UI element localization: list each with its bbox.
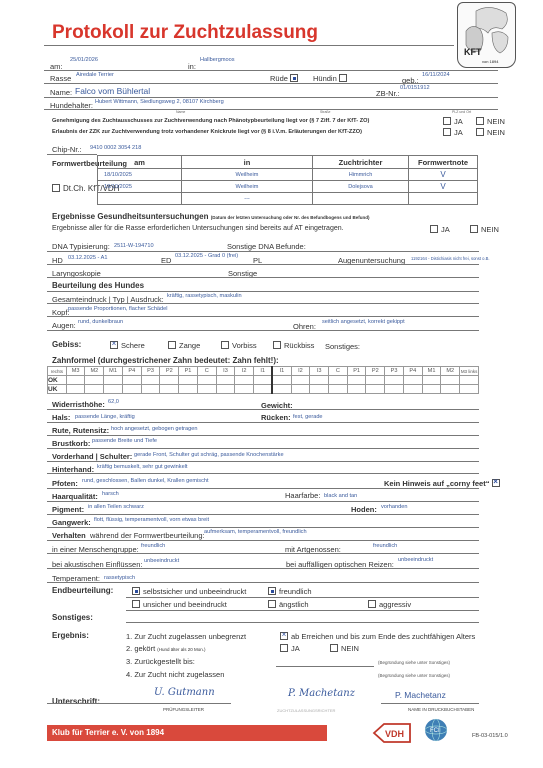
tooth-cell[interactable] [160, 385, 179, 394]
genehmigung-nein[interactable]: NEIN [476, 117, 505, 126]
augen-value: rund, dunkelbraun [78, 319, 123, 325]
tooth-header: I2 [235, 367, 254, 376]
temp-value: rassetypisch [104, 575, 135, 581]
row-label: UK [48, 385, 67, 394]
rute-label: Rute, Rutensitz: [52, 426, 109, 435]
at-text: Ergebnisse aller für die Rasse erforderl… [52, 225, 344, 232]
tooth-cell[interactable] [422, 385, 441, 394]
in-value: Hallbergmoos [200, 57, 235, 63]
tooth-cell[interactable] [235, 385, 254, 394]
tooth-header: P1 [347, 367, 366, 376]
tooth-cell[interactable] [366, 385, 385, 394]
tooth-cell[interactable] [122, 385, 141, 394]
tooth-cell[interactable] [141, 385, 160, 394]
end-unsicher[interactable]: unsicher und beeindruckt [132, 600, 227, 609]
tooth-header: I3 [310, 367, 329, 376]
tooth-header: P3 [141, 367, 160, 376]
tooth-cell[interactable] [366, 376, 385, 385]
rasse-value: Airedale Terrier [76, 72, 114, 78]
terrier-heads-icon [458, 3, 515, 67]
fci-globe-icon: FCI [424, 718, 448, 742]
ruecken-label: Rücken: [261, 413, 291, 422]
gebiss-rueckbiss[interactable]: Rückbiss [273, 341, 314, 350]
print-name: P. Machetanz [395, 690, 446, 700]
tooth-cell[interactable] [66, 385, 85, 394]
gang-value: flott, flüssig, temperamentvoll, vorn et… [94, 517, 209, 523]
dna-other-label: Sonstige DNA Befunde: [227, 242, 306, 251]
table-row: 19/10/2025 Weilheim Dolejsova V [98, 181, 478, 193]
svg-text:VDH: VDH [385, 729, 404, 739]
name-value: Falco vom Bühlertal [75, 86, 150, 96]
health-title: Ergebnisse Gesundheitsuntersuchungen (Da… [52, 212, 369, 221]
tooth-cell[interactable] [160, 376, 179, 385]
tooth-cell[interactable] [179, 376, 198, 385]
tooth-cell[interactable] [329, 376, 348, 385]
tooth-header: C [329, 367, 348, 376]
ergebnis-2-ja[interactable]: JA [280, 644, 300, 653]
zahnformel-table: rechtsM3M2M1P4P3P2P1CI3I2I1I1I2I3CP1P2P3… [47, 366, 479, 394]
tooth-cell[interactable] [291, 385, 310, 394]
tooth-header: P3 [385, 367, 404, 376]
form-id: FB-03-015/1.0 [472, 733, 508, 739]
end-aggressiv[interactable]: aggressiv [368, 600, 411, 609]
erlaubnis-nein[interactable]: NEIN [476, 128, 505, 137]
logo-sub: von 1894 [482, 59, 498, 64]
tooth-header: M1 [104, 367, 123, 376]
print-caption: NAME IN DRUCKBUCHSTABEN [408, 707, 474, 712]
signature-2: P. Machetanz [288, 688, 355, 699]
pigment-value: in allen Teilen schwarz [88, 504, 144, 510]
farbe-value: black and tan [324, 493, 357, 499]
end-selbstsicher[interactable]: selbstsicher und unbeeindruckt [132, 587, 246, 596]
ruede-checkbox[interactable]: Rüde [270, 74, 301, 83]
tooth-cell[interactable] [310, 376, 329, 385]
svg-text:FCI: FCI [430, 728, 440, 734]
huendin-label: Hündin [313, 74, 337, 83]
tooth-cell[interactable] [104, 376, 123, 385]
tooth-header: I2 [291, 367, 310, 376]
fci-logo: FCI [424, 718, 448, 747]
row-label: OK [48, 376, 67, 385]
ergebnis-1-option[interactable]: ab Erreichen und bis zum Ende des zuchtf… [280, 632, 475, 641]
tooth-row: UK [48, 385, 479, 394]
tooth-cell[interactable] [179, 385, 198, 394]
gesamt-value: kräftig, rassetypisch, maskulin [167, 293, 242, 299]
kft-logo: KFT von 1894 [457, 2, 516, 68]
zurueckgestellt-date-field[interactable] [276, 666, 374, 667]
tooth-header: M3 links [460, 367, 479, 376]
at-ja[interactable]: JA [430, 225, 450, 234]
tooth-cell[interactable] [254, 385, 273, 394]
tooth-cell[interactable] [310, 385, 329, 394]
huendin-box[interactable] [339, 74, 347, 82]
tooth-cell[interactable] [272, 376, 291, 385]
vorder-label: Vorderhand | Schulter: [52, 452, 132, 461]
end-aengstlich[interactable]: ängstlich [268, 600, 309, 609]
akust-value: unbeeindruckt [144, 558, 179, 564]
optisch-value: unbeeindruckt [398, 557, 433, 563]
gebiss-zange[interactable]: Zange [168, 341, 200, 350]
table-row: 18/10/2025 Weilheim Himmrich V [98, 169, 478, 181]
dna-value: 2511-W-194710 [114, 243, 154, 249]
pfoten-value: rund, geschlossen, Ballen dunkel, Kralle… [82, 478, 209, 484]
erlaubnis-ja[interactable]: JA [443, 128, 463, 137]
ergebnis-3: 3. Zurückgestellt bis: [126, 657, 195, 666]
zahnformel-title: Zahnformel (durchgestrichener Zahn bedeu… [52, 356, 279, 365]
page-title: Protokoll zur Zuchtzulassung [52, 22, 318, 44]
haar-value: harsch [102, 491, 119, 497]
gebiss-vorbiss[interactable]: Vorbiss [221, 341, 257, 350]
gebiss-sonstiges: Sonstiges: [325, 342, 360, 351]
widerrist-value: 62,0 [108, 399, 119, 405]
tooth-cell[interactable] [329, 385, 348, 394]
tooth-header: I3 [216, 367, 235, 376]
ed-value: 03.12.2025 - Grad 0 (frei) [175, 253, 238, 259]
tooth-cell[interactable] [385, 385, 404, 394]
sonstiges-label: Sonstiges: [52, 613, 93, 622]
rute-value: hoch angesetzt, gebogen getragen [111, 426, 197, 432]
logo-text: KFT [464, 47, 482, 57]
tooth-cell[interactable] [347, 385, 366, 394]
gebiss-label: Gebiss: [52, 340, 81, 349]
widerrist-label: Widerristhöhe: [52, 400, 105, 409]
vdh-logo: VDH [372, 722, 412, 749]
assessment-title: Beurteilung des Hundes [52, 281, 144, 290]
tooth-header: C [197, 367, 216, 376]
chip-label: Chip-Nr.: [52, 145, 82, 154]
begruendung-4: (Begründung siehe unter Sonstiges) [378, 673, 450, 678]
tooth-cell[interactable] [197, 385, 216, 394]
tooth-header: M2 [441, 367, 460, 376]
tooth-cell[interactable] [66, 376, 85, 385]
at-nein[interactable]: NEIN [470, 225, 499, 234]
tooth-cell[interactable] [441, 376, 460, 385]
begruendung-3: (Begründung siehe unter Sonstiges) [378, 660, 450, 665]
zb-value: 01/0151912 [400, 85, 430, 91]
gebiss-schere[interactable]: Schere [110, 341, 145, 350]
tooth-cell[interactable] [272, 385, 291, 394]
pigment-label: Pigment: [52, 505, 84, 514]
tooth-cell[interactable] [122, 376, 141, 385]
rasse-label: Rasse [50, 74, 71, 83]
artgen-value: freundlich [373, 543, 397, 549]
ergebnis-label: Ergebnis: [52, 631, 89, 640]
vorder-value: gerade Front, Schulter gut schräg, passe… [134, 452, 284, 458]
hoden-value: vorhanden [381, 504, 407, 510]
signature-1: U. Gutmann [154, 687, 215, 698]
brust-value: passende Breite und Tiefe [92, 438, 157, 444]
ruede-box[interactable] [290, 74, 298, 82]
tooth-cell[interactable] [216, 376, 235, 385]
tooth-row: OK [48, 376, 479, 385]
tooth-cell[interactable] [197, 376, 216, 385]
geb-value: 16/11/2024 [422, 72, 450, 78]
tooth-header: P4 [403, 367, 422, 376]
col-note: Formwertnote [409, 156, 478, 169]
augen-label: Augen: [52, 321, 76, 330]
tooth-header: P2 [160, 367, 179, 376]
corny-box[interactable] [492, 479, 500, 487]
tooth-cell[interactable] [85, 385, 104, 394]
brust-label: Brustkorb: [52, 439, 90, 448]
endbeurteilung-label: Endbeurteilung: [52, 586, 113, 595]
signature-1-caption: PRÜFUNGSLEITER [163, 707, 204, 712]
tooth-cell[interactable] [460, 376, 479, 385]
genehmigung-ja[interactable]: JA [443, 117, 463, 126]
haar-label: Haarqualität: [52, 492, 98, 501]
table-row: --- [98, 193, 478, 205]
hinter-value: kräftig bemuskelt, sehr gut gewinkelt [97, 464, 187, 470]
hals-value: passende Länge, kräftig [75, 414, 135, 420]
sub-name: Name [176, 110, 185, 114]
col-in: in [182, 156, 313, 169]
erlaubnis-text: Erlaubnis der ZZK zur Zuchtverwendung tr… [52, 129, 362, 135]
tooth-cell[interactable] [254, 376, 273, 385]
ruecken-value: fest, gerade [293, 414, 323, 420]
tooth-cell[interactable] [403, 385, 422, 394]
tooth-header: I1 [254, 367, 273, 376]
tooth-header: M2 [85, 367, 104, 376]
end-freundlich[interactable]: freundlich [268, 587, 312, 596]
tooth-header: I1 [272, 367, 291, 376]
tooth-cell[interactable] [216, 385, 235, 394]
col-am: am [98, 156, 182, 169]
ergebnis-2: 2. gekört (Hund älter als 20 Mon.) [126, 644, 206, 653]
unterschrift-label: Unterschrift: [52, 697, 100, 706]
tooth-cell[interactable] [385, 376, 404, 385]
dna-label: DNA Typisierung: [52, 242, 110, 251]
tooth-cell[interactable] [422, 376, 441, 385]
tooth-header: P2 [366, 367, 385, 376]
tooth-header: M1 [422, 367, 441, 376]
name-label: Name: [50, 88, 72, 97]
chip-value: 9410 0002 3054 218 [90, 145, 141, 151]
tooth-header: M3 [66, 367, 85, 376]
verhalten-label: Verhalten während der Formwertbeurteilun… [52, 531, 205, 540]
ergebnis-4: 4. Zur Zucht nicht zugelassen [126, 670, 224, 679]
tooth-cell[interactable] [460, 385, 479, 394]
tooth-header: P1 [179, 367, 198, 376]
tooth-cell[interactable] [403, 376, 422, 385]
halter-value: Hubert Wittmann, Siedlungsweg 2, 08107 K… [95, 99, 224, 105]
am-value: 25/01/2026 [70, 57, 98, 63]
ergebnis-1: 1. Zur Zucht zugelassen unbegrenzt [126, 632, 246, 641]
tooth-header: rechts [48, 367, 67, 376]
farbe-label: Haarfarbe: [285, 491, 320, 500]
hoden-label: Hoden: [351, 505, 377, 514]
ruede-label: Rüde [270, 74, 288, 83]
tooth-cell[interactable] [141, 376, 160, 385]
tooth-cell[interactable] [235, 376, 254, 385]
club-banner: Klub für Terrier e. V. von 1894 [47, 725, 327, 741]
gang-label: Gangwerk: [52, 518, 91, 527]
tooth-cell[interactable] [85, 376, 104, 385]
corny-label: Kein Hinweis auf „corny feet“ [384, 479, 489, 488]
tooth-header: P4 [122, 367, 141, 376]
menschen-value: freundlich [141, 543, 165, 549]
hals-label: Hals: [52, 413, 70, 422]
ohren-value: seitlich angesetzt, korrekt gekippt [322, 319, 405, 325]
genehmigung-text: Genehmigung des Zuchtausschusses zur Zuc… [52, 118, 369, 124]
tooth-cell[interactable] [347, 376, 366, 385]
pfoten-label: Pfoten: [52, 479, 78, 488]
tooth-cell[interactable] [104, 385, 123, 394]
verhalten-value: aufmerksam, temperamentvoll, freundlich [204, 529, 307, 535]
huendin-checkbox[interactable]: Hündin [313, 74, 350, 83]
formwert-table: am in Zuchtrichter Formwertnote 18/10/20… [97, 155, 478, 205]
sub-strasse: Straße [320, 110, 331, 114]
signature-2-caption: ZUCHTZULASSUNGSRICHTER [277, 708, 335, 713]
vdh-diamond-icon: VDH [372, 722, 412, 744]
kopf-value: passende Proportionen, flacher Schädel [68, 306, 168, 312]
augen-unters-value: 1192164 - Distichiasis nicht frei, sonst… [411, 256, 490, 261]
ergebnis-2-nein[interactable]: NEIN [330, 644, 359, 653]
tooth-cell[interactable] [291, 376, 310, 385]
hd-value: 03.12.2025 - A1 [68, 255, 108, 261]
tooth-cell[interactable] [441, 385, 460, 394]
sub-plz: PLZ und Ort [452, 110, 471, 114]
col-richter: Zuchtrichter [313, 156, 409, 169]
corny-checkbox[interactable]: Kein Hinweis auf „corny feet“ [384, 479, 503, 488]
